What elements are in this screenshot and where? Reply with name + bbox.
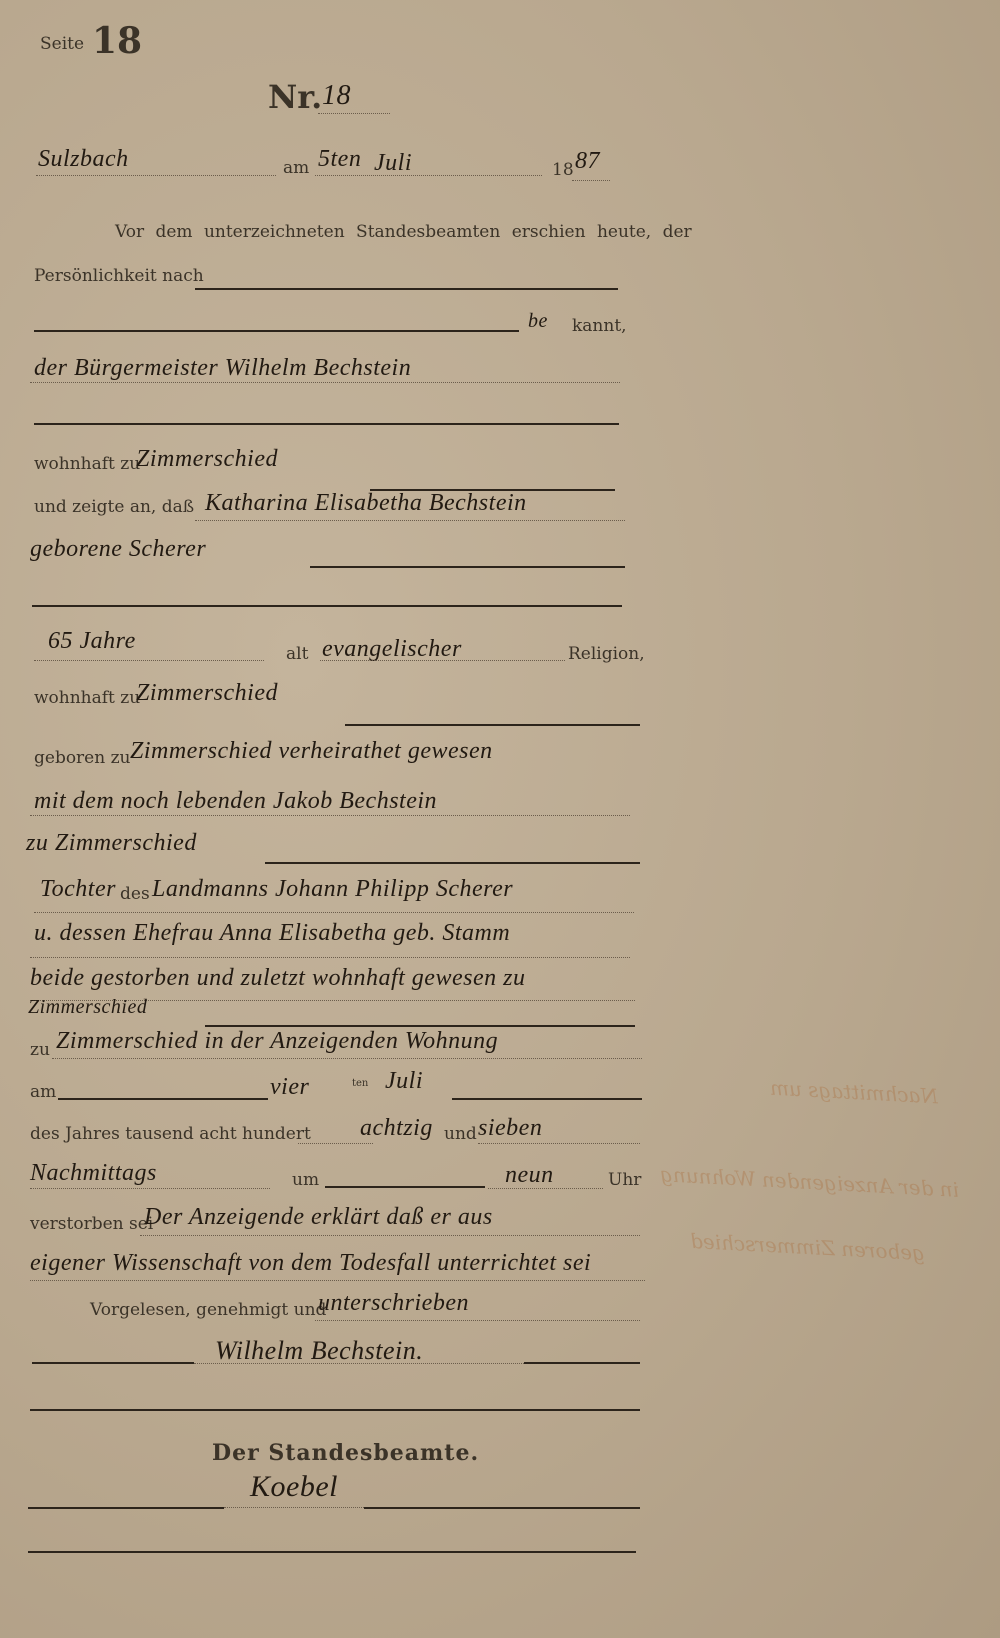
remarks-line-2-rule [30,1280,645,1281]
death-year-label: des Jahres tausend acht hundert [30,1124,311,1144]
parents-status: beide gestorben und zuletzt wohnhaft gew… [30,965,525,992]
reported-label: und zeigte an, daß [34,497,194,517]
informant-name: der Bürgermeister Wilhelm Bechstein [34,355,411,382]
remarks-label: verstorben sei [30,1214,153,1234]
intro-text: Vor dem unterzeichneten Standesbeamten e… [115,222,692,242]
deceased-age: 65 Jahre [48,628,136,655]
death-place-line [52,1058,642,1059]
signature-line-left [32,1362,194,1364]
birthplace-line-2: mit dem noch lebenden Jakob Bechstein [34,788,437,815]
closing-value: unterschrieben [318,1290,469,1317]
father-name: Landmanns Johann Philipp Scherer [152,876,513,903]
mother-name: u. dessen Ehefrau Anna Elisabetha geb. S… [34,920,510,947]
am-label: am [283,158,309,178]
birthplace-line-3: zu Zimmerschied [26,830,197,857]
known-label: kannt, [572,316,627,336]
birth-line-2 [30,815,630,816]
page-label: Seite [40,34,84,54]
und-label: und [444,1124,477,1144]
birthplace-line-1: Zimmerschied verheirathet gewesen [130,738,493,765]
remarks-line-2: eigener Wissenschaft von dem Todesfall u… [30,1250,591,1277]
year-line [572,180,610,181]
entry-number: 18 [322,80,351,112]
birthplace-label: geboren zu [34,748,131,768]
registrar-signature: Koebel [250,1470,338,1504]
year-units-line [478,1143,640,1144]
registration-month: Juli [374,150,412,177]
year-blank-line [298,1143,373,1144]
religion-line [320,660,565,661]
hour-blank-line [325,1186,485,1188]
parents-line-4 [205,1025,635,1027]
identity-line [195,288,618,290]
birth-line-3 [265,862,640,864]
age-line [34,660,264,661]
death-month: Juli [385,1068,423,1095]
death-hour: neun [505,1162,554,1189]
parents-residence: Zimmerschied [28,996,147,1019]
closing-rule [30,1409,640,1411]
deceased-name-line-2 [310,566,625,568]
uhr-label: Uhr [608,1170,641,1190]
signature-line-right [524,1362,640,1364]
parents-relation: Tochter [40,876,116,903]
remarks-line-1: Der Anzeigende erklärt daß er aus [144,1204,493,1231]
registration-place: Sulzbach [38,146,129,173]
death-am-label: am [30,1082,56,1102]
registrar-line-right [364,1507,640,1509]
place-line [36,175,276,176]
closing-text: Vorgelesen, genehmigt und [90,1300,326,1320]
entry-label: Nr. [268,78,322,116]
deceased-name-1: Katharina Elisabetha Bechstein [205,490,527,517]
remarks-line-1-rule [140,1235,640,1236]
deceased-name-2: geborene Scherer [30,536,206,563]
informant-residence-value: Zimmerschied [136,446,278,473]
page-number: 18 [92,20,142,62]
register-page: Nachmittags um in der Anzeigenden Wohnun… [0,0,1000,1638]
death-month-line [452,1098,642,1100]
parents-line-1 [34,912,634,913]
day-line [315,175,542,176]
des-label: des [120,884,150,904]
um-label: um [292,1170,319,1190]
registration-day: 5ten [318,146,361,173]
registrar-title: Der Standesbeamte. [212,1440,479,1466]
bleed-through-text: in der Anzeigenden Wohnung [660,1162,960,1202]
death-place-value: Zimmerschied in der Anzeigenden Wohnung [56,1028,498,1055]
religion-label: Religion, [568,644,645,664]
death-place-label: zu [30,1040,50,1060]
death-year-tens: achtzig [360,1115,433,1142]
informant-line-2 [34,423,619,425]
deceased-residence-label: wohnhaft zu [34,688,140,708]
informant-line [30,382,620,383]
year-prefix: 18 [552,160,574,180]
death-daypart: Nachmittags [30,1160,157,1187]
daypart-line [30,1188,270,1189]
registrar-line-middle [224,1507,364,1508]
religion-value: evangelischer [322,636,462,663]
identity-line-2 [34,330,519,332]
hour-line [488,1188,603,1189]
deceased-residence-value: Zimmerschied [136,680,278,707]
bleed-through-text: Nachmittags um [769,1076,938,1109]
deceased-residence-line [345,724,640,726]
entry-number-line [318,113,390,114]
death-day-line [58,1098,268,1100]
blank-line [32,605,622,607]
death-day: vier [270,1074,309,1101]
year-suffix: 87 [575,148,600,175]
bleed-through-text: geboren Zimmerschied [690,1229,926,1265]
alt-label: alt [286,644,308,664]
parents-line-2 [30,957,630,958]
registrar-line-left [28,1507,224,1509]
informant-residence-label: wohnhaft zu [34,454,140,474]
identity-label: Persönlichkeit nach [34,266,204,286]
closing-line [315,1320,640,1321]
bottom-rule [28,1551,636,1553]
known-prefix: be [528,310,548,333]
ten-label: ten [352,1078,368,1089]
informant-signature: Wilhelm Bechstein. [215,1336,423,1366]
signature-line-middle [194,1363,524,1364]
deceased-name-line [195,520,625,521]
death-year-units: sieben [478,1115,542,1142]
